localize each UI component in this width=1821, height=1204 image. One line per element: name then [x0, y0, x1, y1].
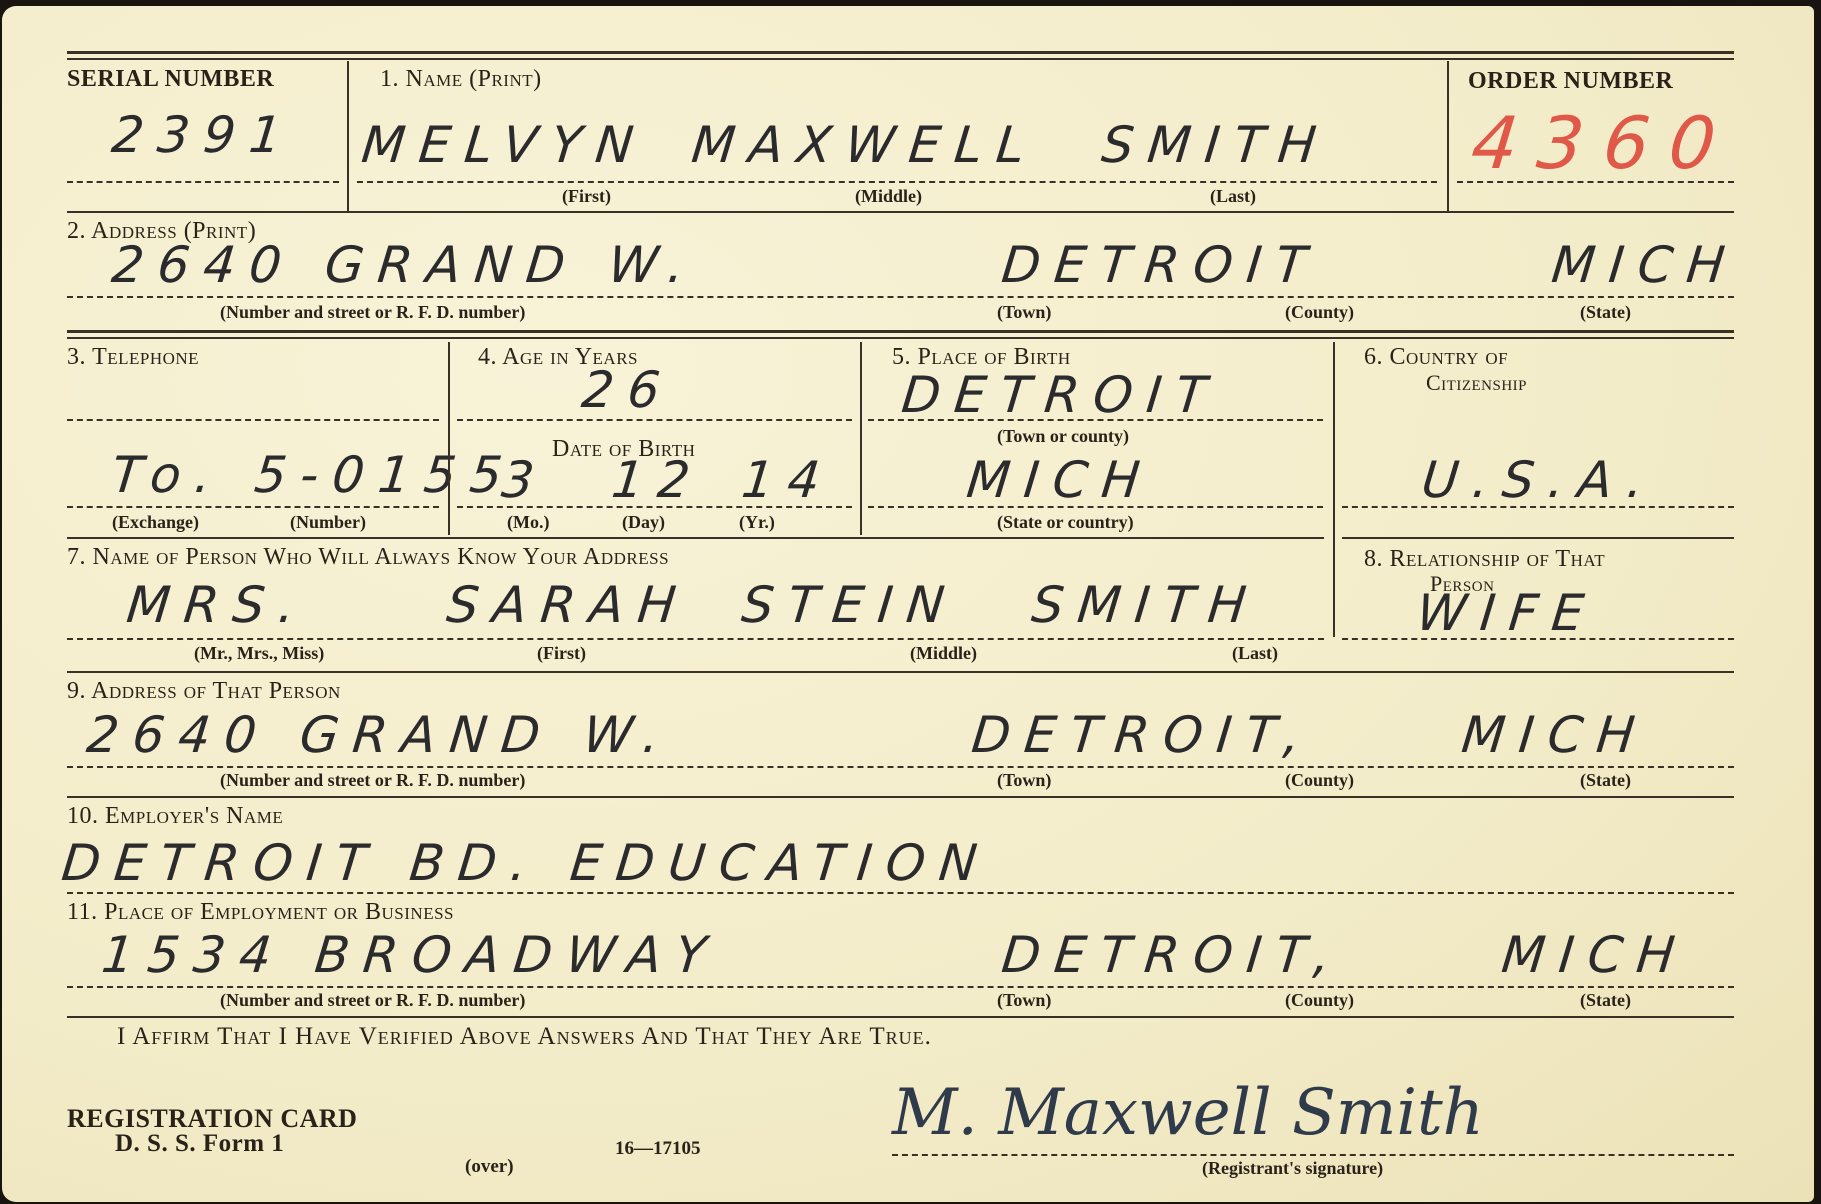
telephone-caption-exchange: (Exchange): [112, 512, 199, 533]
contact-caption-middle: (Middle): [910, 643, 977, 664]
relationship-label-1: 8. Relationship of That: [1364, 546, 1605, 573]
order-number-value: 4360: [1468, 101, 1740, 185]
dob-day: 12: [609, 451, 707, 509]
telephone-dash-1: [67, 419, 439, 421]
employment-dash: [67, 986, 1734, 988]
address-caption-state: (State): [1580, 302, 1631, 323]
signature-caption: (Registrant's signature): [1202, 1158, 1383, 1179]
row3-rule: [67, 537, 1324, 539]
address-dash: [67, 296, 1734, 298]
dob-year: 14: [739, 451, 837, 509]
dob-dash: [457, 506, 852, 508]
contact-address-town: DETROIT,: [969, 706, 1317, 764]
row1-rule: [67, 211, 1734, 213]
name-last: SMITH: [1099, 116, 1333, 174]
citizenship-value: U.S.A.: [1419, 451, 1660, 509]
relationship-value: WIFE: [1414, 584, 1601, 642]
row2-rule: [67, 330, 1734, 333]
serial-divider: [347, 61, 349, 211]
top-rule-2: [67, 58, 1734, 60]
name-caption-last: (Last): [1210, 186, 1256, 207]
serial-dash: [67, 181, 339, 183]
affirmation-text: I Affirm That I Have Verified Above Answ…: [117, 1023, 932, 1051]
citizenship-label-1: 6. Country of: [1364, 344, 1508, 371]
contact-caption-first: (First): [537, 643, 586, 664]
address-town: DETROIT: [999, 236, 1323, 294]
telephone-caption-number: (Number): [290, 512, 366, 533]
contact-caption-last: (Last): [1232, 643, 1278, 664]
employment-state: MICH: [1499, 926, 1692, 984]
employment-caption-county: (County): [1285, 990, 1354, 1011]
row2-rule-2: [67, 337, 1734, 339]
name-caption-middle: (Middle): [855, 186, 922, 207]
contact-address-caption-county: (County): [1285, 770, 1354, 791]
address-street: 2640 GRAND W.: [109, 236, 701, 294]
telephone-label: 3. Telephone: [67, 344, 199, 371]
contact-title: MRS.: [124, 576, 312, 634]
telephone-dash-2: [67, 506, 439, 508]
address-caption-county: (County): [1285, 302, 1354, 323]
age-value: 26: [579, 361, 677, 419]
contact-caption-title: (Mr., Mrs., Miss): [194, 643, 324, 664]
name-caption-first: (First): [562, 186, 611, 207]
employment-caption-town: (Town): [997, 990, 1051, 1011]
contact-address-state: MICH: [1459, 706, 1652, 764]
employment-street: 1534 BROADWAY: [99, 926, 723, 984]
birthplace-town: DETROIT: [899, 366, 1223, 424]
contact-address-street: 2640 GRAND W.: [84, 706, 676, 764]
registration-card: SERIAL NUMBER 2391 1. Name (Print) MELVY…: [2, 6, 1814, 1202]
birthplace-dash-2: [868, 506, 1323, 508]
address-caption-street: (Number and street or R. F. D. number): [220, 302, 525, 323]
name-first: MELVYN: [359, 116, 650, 174]
form-name: D. S. S. Form 1: [115, 1130, 284, 1158]
dob-caption-month: (Mo.): [507, 512, 549, 533]
contact-address-caption-state: (State): [1580, 770, 1631, 791]
telephone-divider: [448, 342, 450, 535]
signature-dash: [892, 1154, 1734, 1156]
serial-number-label: SERIAL NUMBER: [67, 66, 274, 93]
address-caption-town: (Town): [997, 302, 1051, 323]
employer-dash: [67, 892, 1734, 894]
birthplace-state: MICH: [964, 451, 1157, 509]
order-divider: [1447, 61, 1449, 211]
contact-last: SMITH: [1029, 576, 1263, 634]
telephone-value: To. 5-0155: [109, 446, 519, 504]
citizenship-dash: [1342, 506, 1734, 508]
contact-middle: STEIN: [739, 576, 961, 634]
name-label: 1. Name (Print): [380, 66, 542, 93]
over-text: (over): [465, 1156, 514, 1178]
row9-rule: [67, 796, 1734, 798]
birthplace-divider: [1333, 342, 1335, 637]
citizenship-label-2: Citizenship: [1426, 370, 1527, 396]
employment-town: DETROIT,: [999, 926, 1347, 984]
address-state: MICH: [1549, 236, 1742, 294]
registrant-signature: M. Maxwell Smith: [892, 1076, 1484, 1150]
employment-caption-street: (Number and street or R. F. D. number): [220, 990, 525, 1011]
name-dash: [357, 181, 1437, 183]
birthplace-dash-1: [868, 419, 1323, 421]
contact-label: 7. Name of Person Who Will Always Know Y…: [67, 544, 669, 571]
serial-number-value: 2391: [109, 106, 298, 164]
name-middle: MAXWELL: [689, 116, 1041, 174]
contact-address-label: 9. Address of That Person: [67, 678, 341, 705]
birthplace-caption-state: (State or country): [997, 512, 1134, 533]
dob-month: 3: [499, 451, 551, 509]
contact-address-dash: [67, 766, 1734, 768]
employment-label: 11. Place of Employment or Business: [67, 899, 454, 926]
contact-address-caption-street: (Number and street or R. F. D. number): [220, 770, 525, 791]
employer-value: DETROIT BD. EDUCATION: [59, 834, 994, 892]
row7-rule: [67, 671, 1734, 673]
age-dash: [457, 419, 852, 421]
print-code: 16—17105: [615, 1138, 701, 1160]
row11-rule: [67, 1016, 1734, 1018]
relationship-dash: [1342, 638, 1734, 640]
dob-caption-year: (Yr.): [739, 512, 775, 533]
employment-caption-state: (State): [1580, 990, 1631, 1011]
employer-label: 10. Employer's Name: [67, 803, 283, 830]
contact-dash: [67, 638, 1324, 640]
age-divider: [860, 342, 862, 535]
dob-caption-day: (Day): [622, 512, 665, 533]
birthplace-caption-town: (Town or county): [997, 426, 1129, 447]
top-rule: [67, 51, 1734, 54]
order-dash: [1457, 181, 1734, 183]
contact-address-caption-town: (Town): [997, 770, 1051, 791]
row3-rule-right: [1342, 537, 1734, 539]
order-number-label: ORDER NUMBER: [1468, 68, 1673, 95]
contact-first: SARAH: [444, 576, 693, 634]
